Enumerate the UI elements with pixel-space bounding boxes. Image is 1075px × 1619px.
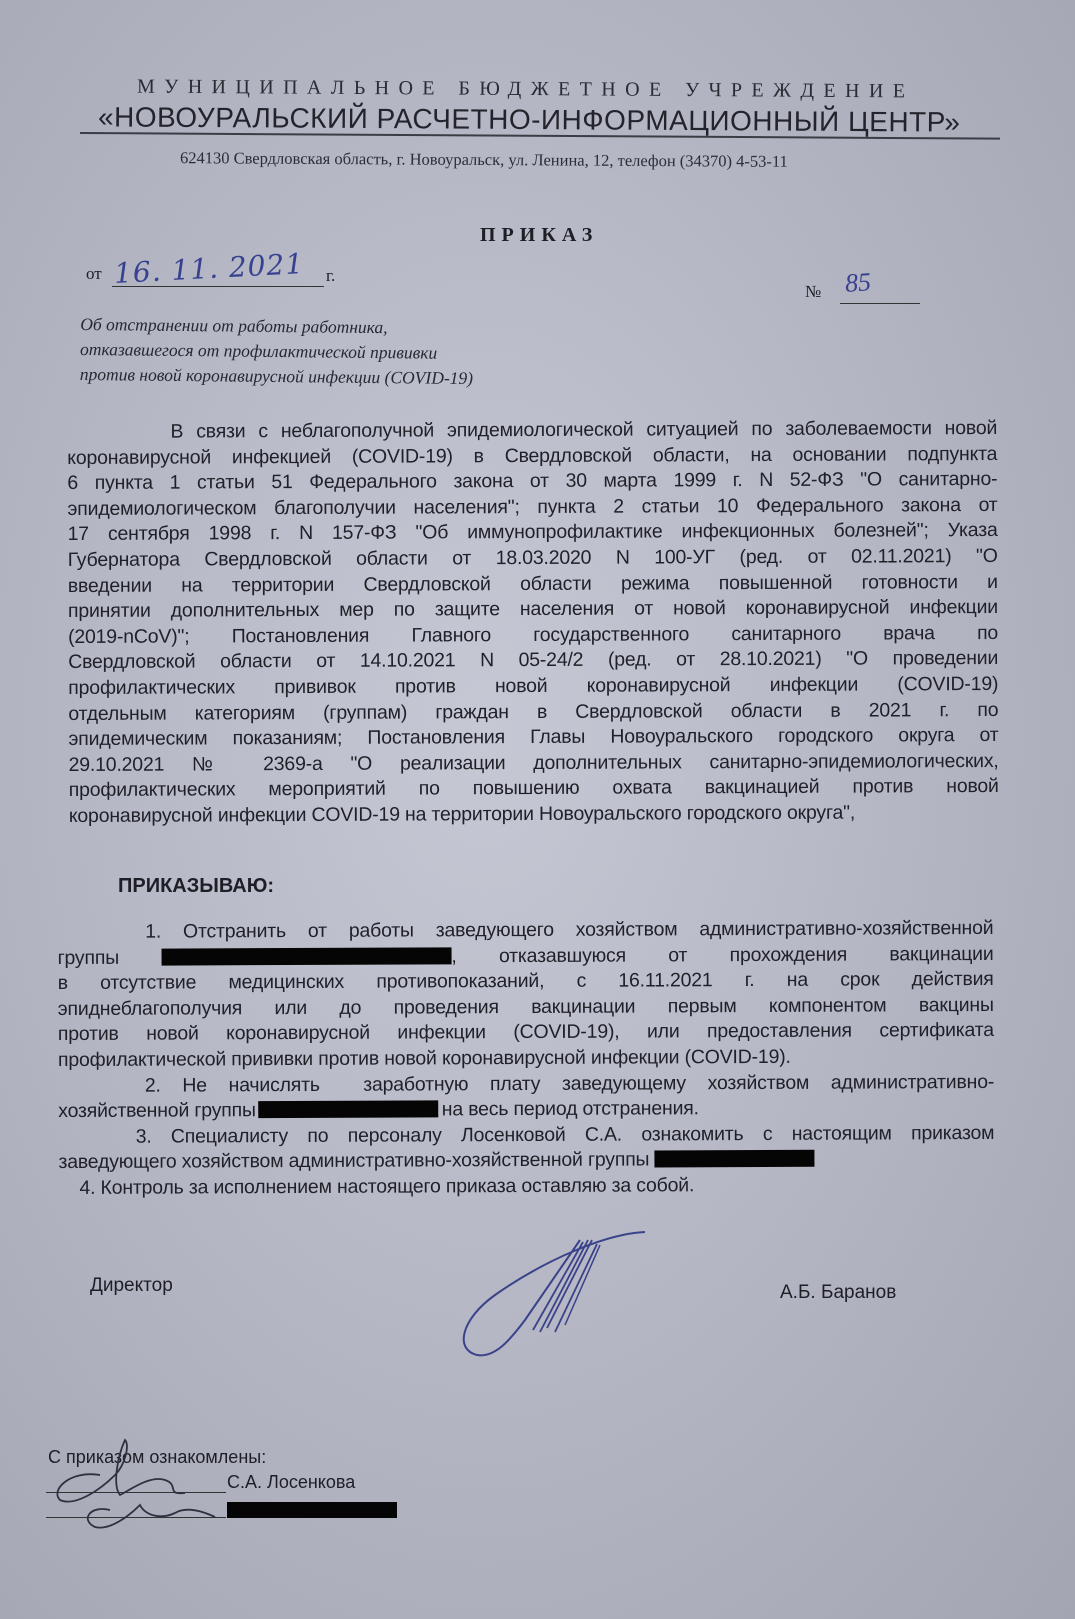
date-suffix: г.	[326, 266, 335, 286]
item-text: хозяйственной группы	[58, 1099, 256, 1122]
org-address: 624130 Свердловская область, г. Новоурал…	[180, 148, 788, 172]
item-2-line: 2. Не начислять заработную плату заведую…	[58, 1070, 994, 1100]
handwritten-number: 85	[844, 267, 872, 299]
redaction-bar	[227, 1502, 397, 1518]
order-heading: ПРИКАЗЫВАЮ:	[118, 875, 274, 898]
item-text: группы	[58, 946, 120, 968]
preamble-line: профилактических мероприятий по повышени…	[69, 774, 999, 804]
item-text: заведующего хозяйством административно-х…	[58, 1149, 649, 1174]
preamble-line: принятии дополнительных мер по защите на…	[68, 595, 998, 625]
preamble-line: Свердловской области от 14.10.2021 N 05-…	[68, 646, 998, 676]
item-3-line: 3. Специалисту по персоналу Лосенковой С…	[58, 1121, 994, 1151]
preamble-line: эпидемическим показаниям; Постановления …	[68, 723, 998, 753]
item-1-line: 1. Отстранить от работы заведующего хозя…	[57, 916, 993, 946]
document-title: ПРИКАЗ	[480, 224, 598, 247]
preamble-line: Губернатора Свердловской области от 18.0…	[68, 544, 998, 574]
date-underline	[112, 286, 324, 287]
number-underline	[840, 303, 920, 304]
redaction-bar	[161, 947, 451, 965]
redaction-bar	[258, 1101, 438, 1119]
item-text: на весь период отстранения.	[442, 1097, 699, 1120]
signatory-name: А.Б. Баранов	[780, 1282, 896, 1304]
item-4-line: 4. Контроль за исполнением настоящего пр…	[59, 1172, 995, 1202]
signatory-position: Директор	[90, 1275, 173, 1297]
date-prefix: от	[86, 264, 102, 284]
acknowledgement-name: С.А. Лосенкова	[227, 1472, 355, 1493]
preamble-line: коронавирусной инфекции COVID-19 на терр…	[69, 800, 999, 830]
item-text: , отказавшуюся от прохождения вакцинации	[451, 943, 993, 967]
document-subject: Об отстранении от работы работника, отка…	[80, 312, 474, 391]
org-type: МУНИЦИПАЛЬНОЕ БЮДЖЕТНОЕ УЧРЕЖДЕНИЕ	[137, 76, 915, 104]
number-label: №	[805, 282, 821, 302]
preamble-line: 17 сентября 1998 г. N 157-ФЗ "Об иммуноп…	[68, 518, 998, 548]
preamble-line: В связи с неблагополучной эпидемиологиче…	[67, 416, 997, 446]
acknowledgement-signatures	[40, 1435, 240, 1535]
preamble: В связи с неблагополучной эпидемиологиче…	[67, 416, 999, 830]
redaction-bar	[655, 1150, 815, 1168]
director-signature	[455, 1220, 655, 1360]
order-items: 1. Отстранить от работы заведующего хозя…	[57, 916, 994, 1202]
preamble-line: 6 пункта 1 статьи 51 Федерального закона…	[67, 467, 997, 497]
preamble-line: профилактических прививок против новой к…	[68, 672, 998, 702]
item-1-line: против новой коронавирусной инфекции (CO…	[58, 1018, 994, 1048]
item-1-line: в отсутствие медицинских противопоказани…	[58, 967, 994, 997]
subject-line: против новой коронавирусной инфекции (CO…	[80, 362, 474, 391]
